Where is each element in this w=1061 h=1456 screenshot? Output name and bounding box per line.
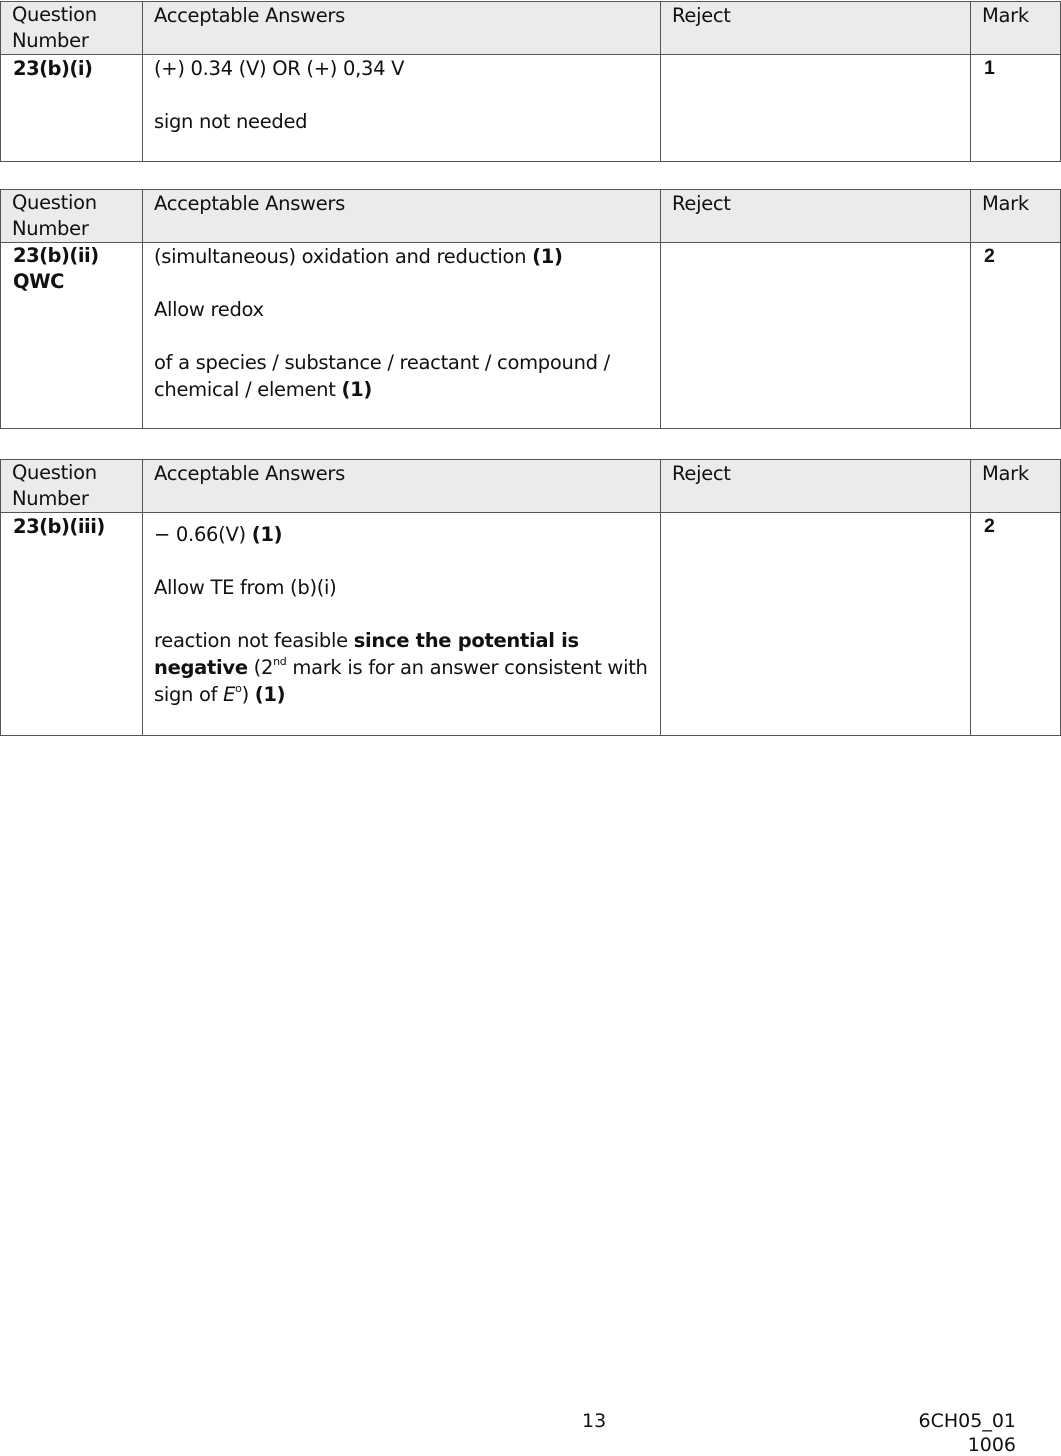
- header-reject: Reject: [661, 2, 971, 55]
- mark-cell: 2: [971, 243, 1061, 429]
- table-row: 23(b)(iii) − 0.66(V) (1) Allow TE from (…: [1, 513, 1061, 736]
- answer-line: sign not needed: [154, 108, 660, 135]
- answer-line: − 0.66(V) (1): [154, 521, 660, 548]
- header-reject: Reject: [661, 460, 971, 513]
- acceptable-answers-cell: (+) 0.34 (V) OR (+) 0,34 V sign not need…: [143, 55, 661, 162]
- question-qwc-tag: QWC: [13, 269, 142, 295]
- table-header-row: Question Number Acceptable Answers Rejec…: [1, 2, 1061, 55]
- question-number-cell: 23(b)(ii) QWC: [1, 243, 143, 429]
- header-reject: Reject: [661, 190, 971, 243]
- answer-line: Allow TE from (b)(i): [154, 574, 660, 601]
- table-header-row: Question Number Acceptable Answers Rejec…: [1, 190, 1061, 243]
- header-question-number: Question Number: [1, 2, 143, 55]
- header-mark: Mark: [971, 190, 1061, 243]
- mark-cell: 1: [971, 55, 1061, 162]
- header-question-number: Question Number: [1, 460, 143, 513]
- header-acceptable-answers: Acceptable Answers: [143, 190, 661, 243]
- answer-line: (simultaneous) oxidation and reduction (…: [154, 243, 660, 270]
- question-number-cell: 23(b)(i): [1, 55, 143, 162]
- header-question-number: Question Number: [1, 190, 143, 243]
- question-number: 23(b)(ii): [13, 243, 142, 269]
- answer-line: reaction not feasible since the potentia…: [154, 627, 660, 708]
- mark-cell: 2: [971, 513, 1061, 736]
- acceptable-answers-cell: (simultaneous) oxidation and reduction (…: [143, 243, 661, 429]
- page-number: 13: [582, 1409, 606, 1433]
- question-number-cell: 23(b)(iii): [1, 513, 143, 736]
- header-mark: Mark: [971, 2, 1061, 55]
- table-row: 23(b)(ii) QWC (simultaneous) oxidation a…: [1, 243, 1061, 429]
- acceptable-answers-cell: − 0.66(V) (1) Allow TE from (b)(i) react…: [143, 513, 661, 736]
- reject-cell: [661, 55, 971, 162]
- mark-scheme-table-23bi: Question Number Acceptable Answers Rejec…: [0, 1, 1061, 162]
- answer-line: Allow redox: [154, 296, 660, 323]
- header-mark: Mark: [971, 460, 1061, 513]
- header-acceptable-answers: Acceptable Answers: [143, 2, 661, 55]
- table-row: 23(b)(i) (+) 0.34 (V) OR (+) 0,34 V sign…: [1, 55, 1061, 162]
- document-code: 6CH05_01 1006: [914, 1409, 1016, 1456]
- mark-scheme-table-23bii: Question Number Acceptable Answers Rejec…: [0, 189, 1061, 429]
- reject-cell: [661, 243, 971, 429]
- mark-scheme-table-23biii: Question Number Acceptable Answers Rejec…: [0, 459, 1061, 736]
- header-acceptable-answers: Acceptable Answers: [143, 460, 661, 513]
- table-header-row: Question Number Acceptable Answers Rejec…: [1, 460, 1061, 513]
- answer-line: of a species / substance / reactant / co…: [154, 349, 660, 403]
- answer-line: (+) 0.34 (V) OR (+) 0,34 V: [154, 55, 660, 82]
- reject-cell: [661, 513, 971, 736]
